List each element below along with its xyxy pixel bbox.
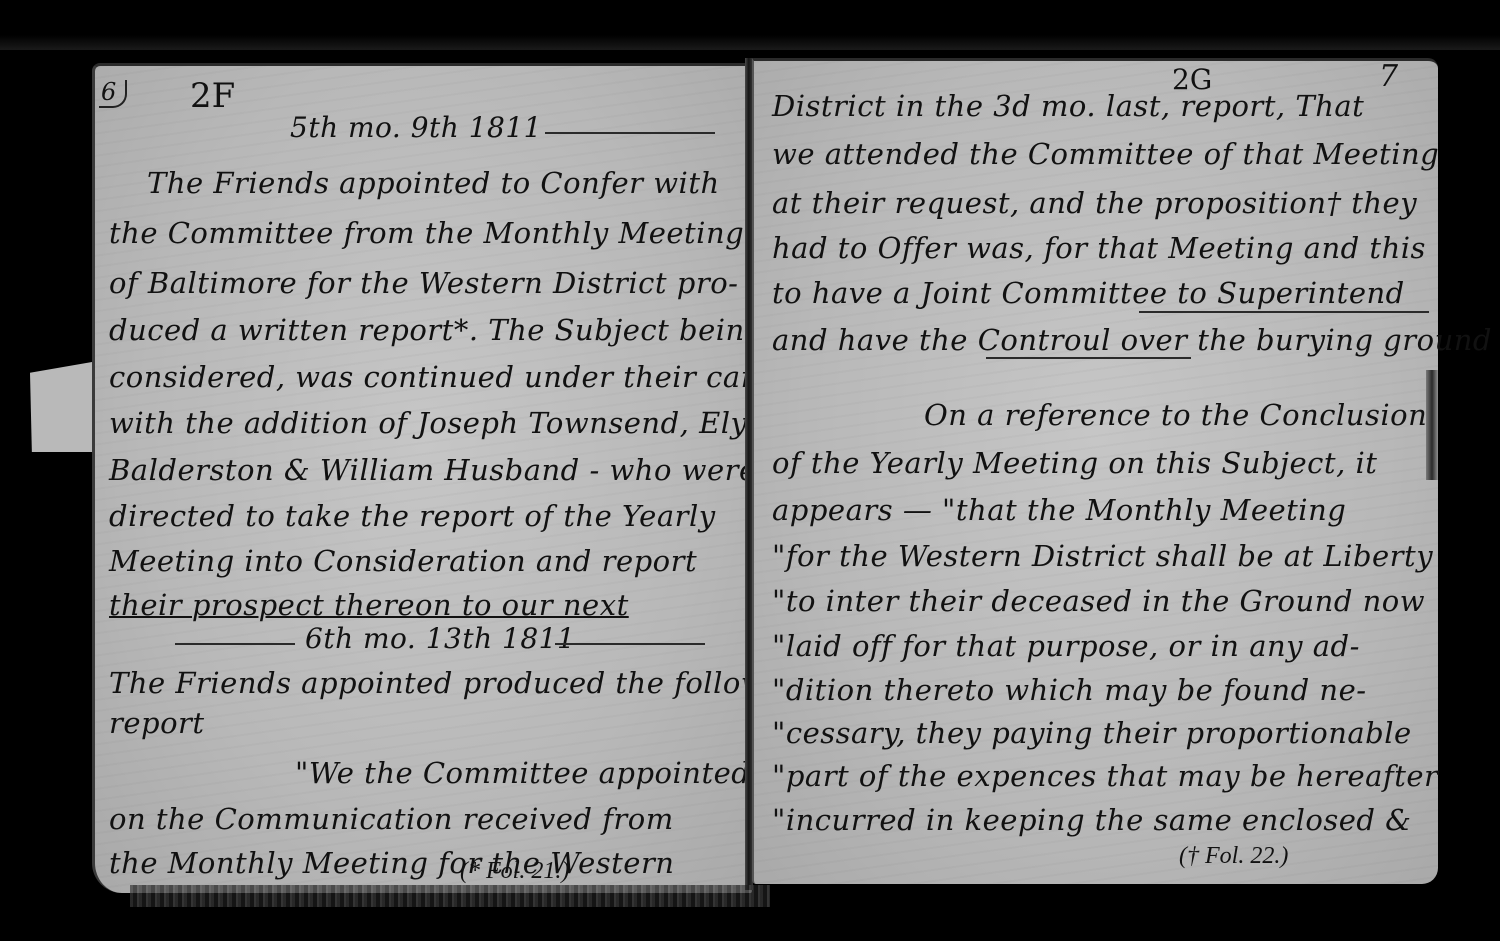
paper-tab-left bbox=[30, 362, 92, 452]
text-line: had to Offer was, for that Meeting and t… bbox=[772, 231, 1426, 265]
text-line: Balderston & William Husband - who were bbox=[109, 453, 757, 487]
text-line: the Committee from the Monthly Meeting bbox=[109, 216, 744, 250]
text-line: on the Communication received from bbox=[109, 802, 674, 836]
date-rule bbox=[555, 643, 705, 645]
text-line: report bbox=[109, 706, 205, 740]
text-line: "We the Committee appointed bbox=[295, 756, 750, 790]
text-line: we attended the Committee of that Meetin… bbox=[772, 137, 1439, 171]
footnote-reference: († Fol. 22.) bbox=[1179, 843, 1288, 870]
text-line: On a reference to the Conclusion bbox=[924, 398, 1427, 432]
text-line: directed to take the report of the Yearl… bbox=[109, 499, 716, 533]
underline-rule bbox=[1139, 311, 1429, 313]
entry-date: 6th mo. 13th 1811 bbox=[305, 622, 575, 655]
text-line: The Friends appointed produced the follo… bbox=[109, 666, 814, 700]
text-line: "laid off for that purpose, or in any ad… bbox=[772, 629, 1360, 663]
text-line: considered, was continued under their ca… bbox=[109, 360, 773, 394]
text-line: and have the Controul over the burying g… bbox=[772, 323, 1492, 357]
entry-date: 5th mo. 9th 1811 bbox=[290, 111, 542, 144]
scan-bottom-edge bbox=[130, 885, 770, 907]
text-line: their prospect thereon to our next bbox=[109, 588, 629, 622]
text-line: at their request, and the proposition† t… bbox=[772, 186, 1417, 220]
text-line: of the Yearly Meeting on this Subject, i… bbox=[772, 446, 1377, 480]
footnote-reference: (* Fol. 21.) bbox=[460, 858, 569, 885]
text-line: Meeting into Consideration and report bbox=[109, 544, 697, 578]
scan-top-border bbox=[0, 0, 1500, 50]
text-line: of Baltimore for the Western District pr… bbox=[109, 266, 738, 300]
text-line: "cessary, they paying their proportionab… bbox=[772, 716, 1412, 750]
date-rule bbox=[545, 132, 715, 134]
text-line: "dition thereto which may be found ne- bbox=[772, 673, 1367, 707]
text-line: The Friends appointed to Confer with bbox=[147, 166, 720, 200]
text-line: appears — "that the Monthly Meeting bbox=[772, 493, 1346, 527]
text-line: "incurred in keeping the same enclosed & bbox=[772, 803, 1411, 837]
text-line: District in the 3d mo. last, report, Tha… bbox=[772, 89, 1364, 123]
text-line: with the addition of Joseph Townsend, El… bbox=[109, 406, 747, 440]
right-page: 2G 7 District in the 3d mo. last, report… bbox=[752, 58, 1438, 884]
paper-tab-right bbox=[1426, 370, 1438, 480]
left-page: 6 2F 5th mo. 9th 1811 The Friends appoin… bbox=[92, 63, 752, 893]
date-rule bbox=[175, 643, 295, 645]
text-line: the Monthly Meeting for the Western bbox=[109, 846, 674, 880]
underline-rule bbox=[986, 357, 1191, 359]
text-line: "for the Western District shall be at Li… bbox=[772, 539, 1433, 573]
text-line: "to inter their deceased in the Ground n… bbox=[772, 584, 1425, 618]
text-line: to have a Joint Committee to Superintend bbox=[772, 276, 1405, 310]
folio-number-bracket bbox=[99, 80, 127, 108]
text-line: "part of the expences that may be hereaf… bbox=[772, 759, 1438, 793]
folio-number-right: 7 bbox=[1379, 59, 1398, 94]
section-mark-left: 2F bbox=[190, 76, 235, 116]
text-line: duced a written report*. The Subject bei… bbox=[109, 313, 764, 347]
